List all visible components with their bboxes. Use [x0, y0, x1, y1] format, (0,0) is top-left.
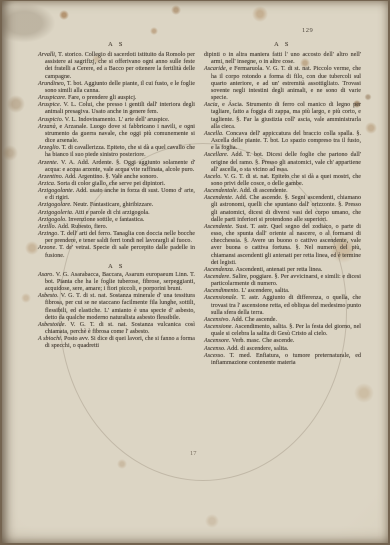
- entry-text: . Atti e parole di chi arzigogola.: [72, 210, 150, 216]
- entry-term: Arvalli: [38, 52, 55, 58]
- entry-term: Arundineo: [38, 81, 64, 87]
- entry-term: Ascendenza: [204, 267, 233, 273]
- entry-text: . V. G. Asarabacca, Baccara, Asarum euro…: [45, 272, 195, 292]
- entry-term: Ascensione: [204, 324, 232, 330]
- entry-text: . Verb. masc. Che ascende.: [229, 338, 295, 344]
- entry-term: Ascensionale: [204, 295, 236, 301]
- entry-term: Ascendere: [204, 274, 229, 280]
- entry-term: Asaro: [38, 272, 52, 278]
- entry-term: Ascensore: [204, 338, 229, 344]
- entry-term: Aruspicio: [38, 117, 62, 123]
- entry-text: . Salire, poggiare. §. Per avvicinarsi, …: [211, 274, 361, 287]
- entry-term: A sbiochi: [38, 336, 61, 342]
- dictionary-entry: Ascaride, e Fermaruola. V. G. T. di st. …: [204, 66, 361, 102]
- entry-term: Ascesso: [204, 353, 223, 359]
- entry-text: . V. G. T. di st. nat. Sostanza minerale…: [45, 293, 195, 320]
- signature-mark: 17: [190, 450, 197, 457]
- continuation-paragraph: dipinti o in altra maniera fatti l' uno …: [204, 52, 361, 66]
- entry-term: Ascia: [204, 102, 218, 108]
- entry-term: Ascendente: [204, 224, 232, 230]
- entry-text: . T. de' vetrai. Specie di sale percepit…: [45, 245, 195, 258]
- dictionary-entry: Arzigogolo. Invenzione sottile, e fantas…: [38, 217, 195, 224]
- entry-term: Ascendente: [204, 195, 232, 201]
- entry-term: Ascella: [204, 131, 222, 137]
- dictionary-entry: Ascendere. Salire, poggiare. §. Per avvi…: [204, 274, 361, 288]
- dictionary-entry: Arzente. V. A. Add. Ardente. §. Oggi agg…: [38, 160, 195, 174]
- dictionary-entry: Ascendente. Add. Che ascende. §. Segni a…: [204, 195, 361, 224]
- entry-text: . Invenzione sottile, e fantastica.: [65, 217, 144, 223]
- dictionary-entry: Arzingo. T. dell' arti del ferro. Tanagl…: [38, 231, 195, 245]
- dictionary-entry: Arzigogoleria. Atti e parole di chi arzi…: [38, 210, 195, 217]
- entry-text: . Ascendimento, salita. §. Per la festa …: [211, 324, 361, 337]
- entry-text: . Neutr. Fantasticare, ghiribizzare.: [70, 202, 153, 208]
- section-header-as: A S: [38, 263, 195, 270]
- entries-ar: Arvalli, T. storico. Collegio di sacerdo…: [38, 52, 195, 260]
- entry-text: , e Arzanale. Luogo dove si fabbricano i…: [45, 124, 195, 144]
- folio-number: 129: [302, 27, 313, 34]
- entry-text: . T. med. Enfiatura, o tumore preternatu…: [211, 353, 361, 366]
- entry-term: Ascenso: [204, 346, 224, 352]
- dictionary-entry: Arzeglio. T. di cavallerizza. Epiteto, c…: [38, 145, 195, 159]
- entry-text: . Concava dell' appiccatura del braccio …: [211, 131, 361, 151]
- entry-term: Ascellare: [204, 152, 227, 158]
- entry-term: Arzigogolo: [38, 217, 65, 223]
- entry-text: . V. G. T. di st. nat. Epiteto che si dà…: [211, 174, 361, 187]
- dictionary-entry: Asaro. V. G. Asarabacca, Baccara, Asarum…: [38, 272, 195, 293]
- entry-text: . Add. T. bot. Dicesi delle foglie che p…: [211, 152, 361, 172]
- entry-term: Arzente: [38, 160, 57, 166]
- entry-term: Ascensivo: [204, 317, 228, 323]
- entry-term: Aruspicare: [38, 95, 65, 101]
- dictionary-entry: Ascensione. Ascendimento, salita. §. Per…: [204, 324, 361, 338]
- entry-term: Arzeglio: [38, 145, 59, 151]
- entry-text: . Ascendenti, antenati per retta linea.: [233, 267, 323, 273]
- entry-text: . T. di cavallerizza. Epiteto, che si dà…: [45, 145, 195, 158]
- entries-as: Asaro. V. G. Asarabacca, Baccara, Asarum…: [38, 272, 195, 351]
- book-page: 129 A S Arvalli, T. storico. Collegio di…: [2, 1, 388, 543]
- entry-text: . V. L. Indovinamento. L' arte dell' aru…: [62, 117, 170, 123]
- entry-text: , T. bot. Aggiunto delle piante, il cui …: [45, 81, 195, 94]
- entry-text: . Sust. T. astr. Quel segno del zodiaco,…: [211, 224, 361, 266]
- dictionary-entry: Ascensore. Verb. masc. Che ascende.: [204, 338, 361, 345]
- entry-text: . Posto avv. Si dice di quei lavori, che…: [45, 336, 195, 349]
- entry-term: Arzigogolante: [38, 188, 73, 194]
- running-head-left: A S: [38, 41, 195, 48]
- dictionary-entry: Arvalli, T. storico. Collegio di sacerdo…: [38, 52, 195, 81]
- dictionary-entry: Arzone. T. de' vetrai. Specie di sale pe…: [38, 245, 195, 259]
- entry-term: Ascaride: [204, 66, 226, 72]
- entry-term: Arzigogoleria: [38, 210, 72, 216]
- dictionary-entry: Ascendente. Sust. T. astr. Quel segno de…: [204, 224, 361, 267]
- entry-text: . V. A. Add. Ardente. §. Oggi aggiunto s…: [45, 160, 195, 173]
- left-column: A S Arvalli, T. storico. Collegio di sac…: [38, 41, 195, 367]
- entry-text: . V. G. T. di st. nat. Sostanza vulcanic…: [45, 322, 195, 335]
- entry-term: Aruspice: [38, 102, 60, 108]
- entry-text: , T. storico. Collegio di sacerdoti isti…: [45, 52, 195, 79]
- dictionary-entry: Asbesto. V. G. T. di st. nat. Sostanza m…: [38, 293, 195, 322]
- dictionary-entry: Arzigogolante. Add. usato anche in forza…: [38, 188, 195, 202]
- right-column: A S dipinti o in altra maniera fatti l' …: [204, 41, 361, 367]
- dictionary-entry: Ascellare. Add. T. bot. Dicesi delle fog…: [204, 152, 361, 173]
- dictionary-entry: Ascella. Concava dell' appiccatura del b…: [204, 131, 361, 152]
- dictionary-entry: Aruspicio. V. L. Indovinamento. L' arte …: [38, 117, 195, 124]
- entry-text: . Add. Rubesto, fiero.: [55, 224, 108, 230]
- text-block: A S Arvalli, T. storico. Collegio di sac…: [38, 41, 361, 367]
- entry-text: . Sorta di color giallo, che serve pei d…: [54, 181, 165, 187]
- entry-text: . Add. Che ascende.: [228, 317, 277, 323]
- entry-text: , e Fermaruola. V. G. T. di st. nat. Pic…: [211, 66, 361, 101]
- dictionary-entry: Arundineo, T. bot. Aggiunto delle piante…: [38, 81, 195, 95]
- entries-right: Ascaride, e Fermaruola. V. G. T. di st. …: [204, 66, 361, 367]
- entry-text: . Add. Argentino. §. Vale anche sonoro.: [62, 174, 158, 180]
- entry-term: Arzanà: [38, 124, 56, 130]
- scanned-page-photo: 129 A S Arvalli, T. storico. Collegio di…: [0, 0, 390, 545]
- running-head-right: A S: [204, 41, 361, 48]
- entry-term: Arzone: [38, 245, 55, 251]
- entry-text: . Add. Che ascende. §. Segni ascendenti,…: [211, 195, 361, 222]
- entry-term: Asbestoide: [38, 322, 65, 328]
- dictionary-entry: Ascendenza. Ascendenti, antenati per ret…: [204, 267, 361, 274]
- dictionary-entry: Arzigogolare. Neutr. Fantasticare, ghiri…: [38, 202, 195, 209]
- columns: A S Arvalli, T. storico. Collegio di sac…: [38, 41, 361, 367]
- dictionary-entry: Aruspice. V. L. Colui, che presso i gent…: [38, 102, 195, 116]
- entry-term: Ascendentale: [204, 188, 237, 194]
- entry-text: . L' ascendere, salita.: [238, 288, 289, 294]
- dictionary-entry: Ascelo. V. G. T. di st. nat. Epiteto che…: [204, 174, 361, 188]
- dictionary-entry: Ascesso. T. med. Enfiatura, o tumore pre…: [204, 353, 361, 367]
- entry-text: . T. dell' arti del ferro. Tanaglia con …: [45, 231, 195, 244]
- dictionary-entry: Arzanà, e Arzanale. Luogo dove si fabbri…: [38, 124, 195, 145]
- entry-term: Asbesto: [38, 293, 57, 299]
- dictionary-entry: Arzentino. Add. Argentino. §. Vale anche…: [38, 174, 195, 181]
- entry-text: . Fare, o prendere gli auspicj.: [65, 95, 137, 101]
- entry-term: Arzigogolare: [38, 202, 70, 208]
- entry-term: Arzica: [38, 181, 54, 187]
- dictionary-entry: Arzillo. Add. Rubesto, fiero.: [38, 224, 195, 231]
- entry-text: . Add. di ascendere, salita.: [224, 346, 288, 352]
- entry-text: . V. L. Colui, che presso i gentili dall…: [45, 102, 195, 115]
- entry-term: Arzingo: [38, 231, 57, 237]
- entry-term: Ascendimento: [204, 288, 238, 294]
- entry-term: Arzentino: [38, 174, 62, 180]
- entry-text: , e Áscia. Strumento di ferro col manico…: [211, 102, 361, 129]
- entry-term: Arzillo: [38, 224, 55, 230]
- dictionary-entry: Asbestoide. V. G. T. di st. nat. Sostanz…: [38, 322, 195, 336]
- dictionary-entry: Ascenso. Add. di ascendere, salita.: [204, 346, 361, 353]
- dictionary-entry: Ascia, e Áscia. Strumento di ferro col m…: [204, 102, 361, 131]
- entry-text: . Add. di ascendente.: [237, 188, 288, 194]
- entry-term: Ascelo: [204, 174, 220, 180]
- dictionary-entry: A sbiochi. Posto avv. Si dice di quei la…: [38, 336, 195, 350]
- dictionary-entry: Ascensionale. T. astr. Aggiunto di diffe…: [204, 295, 361, 316]
